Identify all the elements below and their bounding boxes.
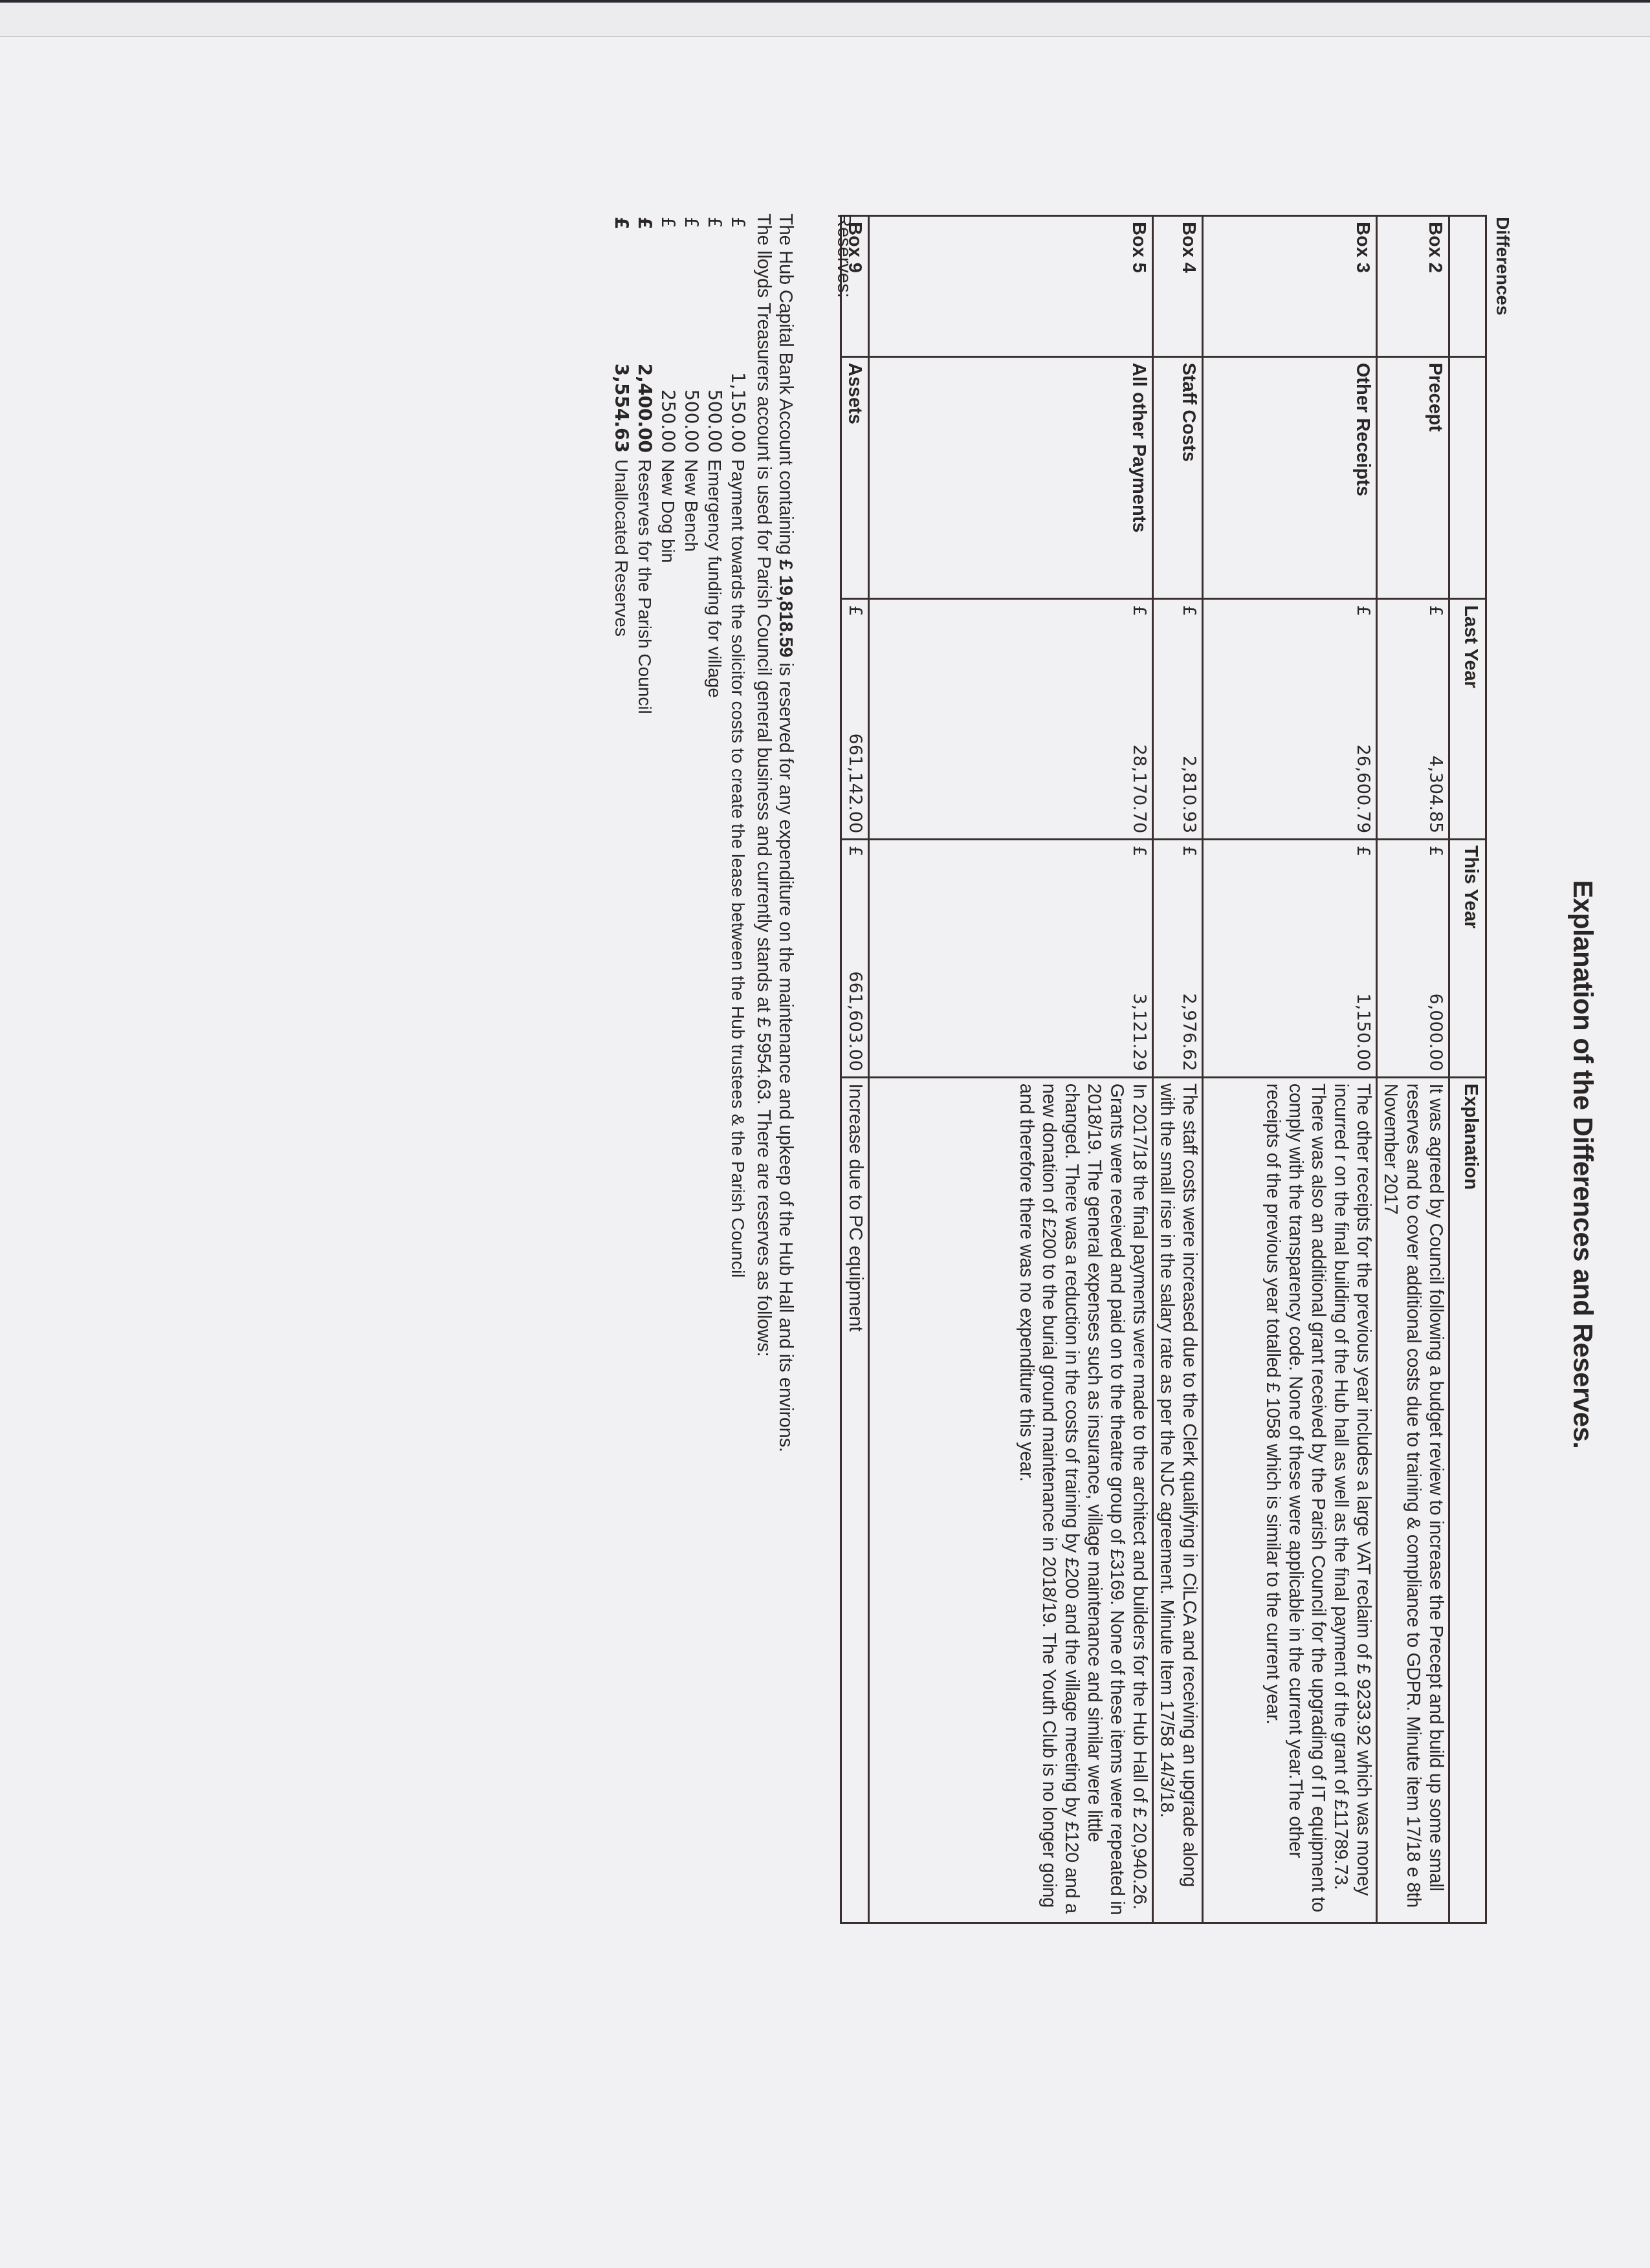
currency-symbol: £ bbox=[633, 217, 656, 346]
category-cell: Assets bbox=[841, 356, 869, 599]
currency-symbol: £ bbox=[1127, 845, 1150, 856]
hub-account-amount: £ 19,818.59 bbox=[775, 560, 796, 657]
reserve-amount: 250.00 bbox=[656, 346, 679, 459]
list-item: £ 2,400.00 Reserves for the Parish Counc… bbox=[633, 217, 656, 1278]
explanation-cell: It was agreed by Council following a bud… bbox=[1377, 1077, 1449, 1923]
list-item: £ 500.00 New Bench bbox=[679, 217, 703, 1278]
differences-table: Last Year This Year Explanation Box 2 Pr… bbox=[840, 215, 1487, 1924]
reserves-list: £ 1,150.00 Payment towards the solicitor… bbox=[610, 217, 749, 1278]
box-cell: Box 3 bbox=[1203, 216, 1377, 357]
currency-symbol: £ bbox=[1424, 605, 1447, 616]
this-year-value: 6,000.00 bbox=[1424, 994, 1447, 1071]
reserve-amount: 500.00 bbox=[679, 346, 703, 459]
last-year-cell: £26,600.79 bbox=[1203, 599, 1377, 840]
currency-symbol: £ bbox=[1127, 605, 1150, 616]
this-year-cell: £1,150.00 bbox=[1203, 840, 1377, 1078]
this-year-value: 1,150.00 bbox=[1351, 994, 1374, 1071]
currency-symbol: £ bbox=[1351, 605, 1374, 616]
reserve-amount: 1,150.00 bbox=[726, 346, 749, 459]
reserve-description: New Dog bin bbox=[656, 459, 679, 563]
explanation-cell: In 2017/18 the final payments were made … bbox=[869, 1077, 1153, 1923]
table-row: Box 2 Precept £4,304.85 £6,000.00 It was… bbox=[1377, 216, 1449, 1923]
reserves-heading: Reserves: bbox=[833, 213, 854, 298]
this-year-value: 2,976.62 bbox=[1177, 994, 1200, 1071]
reserve-amount: 2,400.00 bbox=[633, 346, 656, 459]
list-item: £ 500.00 Emergency funding for village bbox=[703, 217, 726, 1278]
table-row: Box 9 Assets £661,142.00 £661,603.00 Inc… bbox=[841, 216, 869, 1923]
last-year-cell: £4,304.85 bbox=[1377, 599, 1449, 840]
header-explanation: Explanation bbox=[1449, 1077, 1486, 1923]
last-year-value: 2,810.93 bbox=[1177, 756, 1200, 833]
last-year-cell: £661,142.00 bbox=[841, 599, 869, 840]
list-item: £ 250.00 New Dog bin bbox=[656, 217, 679, 1278]
page-title: Explanation of the Differences and Reser… bbox=[1567, 809, 1598, 1520]
category-cell: All other Payments bbox=[869, 356, 1153, 599]
explanation-cell: Increase due to PC equipment bbox=[841, 1077, 869, 1923]
reserve-description: Payment towards the solicitor costs to c… bbox=[726, 459, 749, 1278]
this-year-value: 3,121.29 bbox=[1127, 994, 1150, 1071]
currency-symbol: £ bbox=[843, 845, 866, 856]
list-item: £ 1,150.00 Payment towards the solicitor… bbox=[726, 217, 749, 1278]
category-cell: Staff Costs bbox=[1153, 356, 1203, 599]
last-year-value: 4,304.85 bbox=[1424, 756, 1447, 833]
box-cell: Box 4 bbox=[1153, 216, 1203, 357]
table-row: Box 3 Other Receipts £26,600.79 £1,150.0… bbox=[1203, 216, 1377, 1923]
last-year-value: 28,170.70 bbox=[1127, 745, 1150, 833]
explanation-cell: The staff costs were increased due to th… bbox=[1153, 1077, 1203, 1923]
category-cell: Other Receipts bbox=[1203, 356, 1377, 599]
document-page: Explanation of the Differences and Reser… bbox=[0, 0, 1650, 2268]
currency-symbol: £ bbox=[843, 605, 866, 616]
last-year-value: 26,600.79 bbox=[1351, 745, 1374, 833]
table-row: Box 5 All other Payments £28,170.70 £3,1… bbox=[869, 216, 1153, 1923]
category-cell: Precept bbox=[1377, 356, 1449, 599]
this-year-cell: £661,603.00 bbox=[841, 840, 869, 1078]
last-year-cell: £2,810.93 bbox=[1153, 599, 1203, 840]
box-cell: Box 2 bbox=[1377, 216, 1449, 357]
this-year-cell: £6,000.00 bbox=[1377, 840, 1449, 1078]
currency-symbol: £ bbox=[1177, 845, 1200, 856]
last-year-cell: £28,170.70 bbox=[869, 599, 1153, 840]
reserve-description: Unallocated Reserves bbox=[610, 459, 633, 637]
differences-heading: Differences bbox=[1492, 217, 1513, 316]
list-item: £ 3,554.63 Unallocated Reserves bbox=[610, 217, 633, 1278]
reserve-description: Emergency funding for village bbox=[703, 459, 726, 698]
currency-symbol: £ bbox=[1424, 845, 1447, 856]
reserve-description: Reserves for the Parish Council bbox=[633, 459, 656, 714]
currency-symbol: £ bbox=[1351, 845, 1374, 856]
header-category bbox=[1449, 356, 1486, 599]
currency-symbol: £ bbox=[610, 217, 633, 346]
hub-account-paragraph: The Hub Capital Bank Account containing … bbox=[774, 213, 797, 1452]
lloyds-account-paragraph: The lloyds Treasurers account is used fo… bbox=[752, 213, 775, 1357]
reserve-amount: 500.00 bbox=[703, 346, 726, 459]
table-row: Box 4 Staff Costs £2,810.93 £2,976.62 Th… bbox=[1153, 216, 1203, 1923]
header-this-year: This Year bbox=[1449, 840, 1486, 1078]
currency-symbol: £ bbox=[1177, 605, 1200, 616]
this-year-value: 661,603.00 bbox=[843, 971, 866, 1071]
reserve-amount: 3,554.63 bbox=[610, 346, 633, 459]
explanation-cell: The other receipts for the previous year… bbox=[1203, 1077, 1377, 1923]
header-box bbox=[1449, 216, 1486, 357]
hub-account-text-after: is reserved for any expenditure on the m… bbox=[775, 657, 796, 1452]
table-header-row: Last Year This Year Explanation bbox=[1449, 216, 1486, 1923]
currency-symbol: £ bbox=[656, 217, 679, 346]
currency-symbol: £ bbox=[679, 217, 703, 346]
hub-account-text-before: The Hub Capital Bank Account containing bbox=[775, 213, 796, 560]
currency-symbol: £ bbox=[703, 217, 726, 346]
currency-symbol: £ bbox=[726, 217, 749, 346]
last-year-value: 661,142.00 bbox=[843, 734, 866, 834]
header-last-year: Last Year bbox=[1449, 599, 1486, 840]
this-year-cell: £2,976.62 bbox=[1153, 840, 1203, 1078]
this-year-cell: £3,121.29 bbox=[869, 840, 1153, 1078]
box-cell: Box 5 bbox=[869, 216, 1153, 357]
reserve-description: New Bench bbox=[679, 459, 703, 552]
